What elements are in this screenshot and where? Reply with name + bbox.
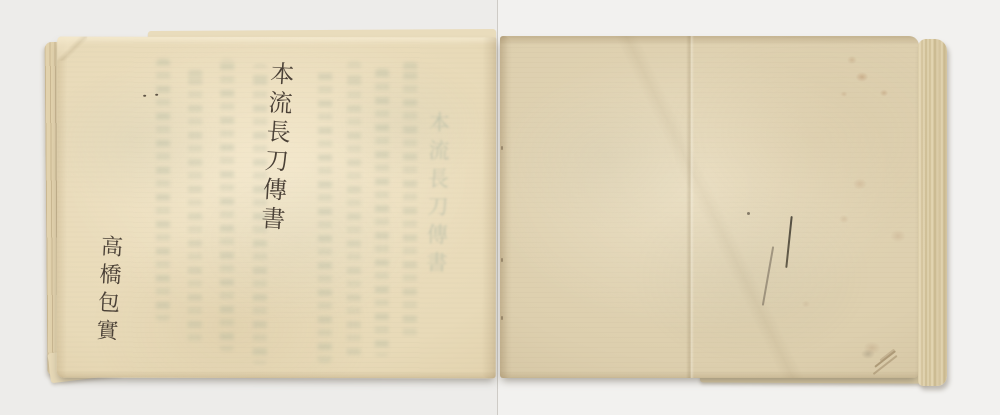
bleedthrough-column [318,67,333,363]
bleedthrough-column [375,68,390,356]
right-page-paper-texture [500,36,919,378]
ink-speck [155,94,158,96]
fold-crease [686,36,694,378]
bleedthrough-column [220,59,235,351]
gutter-shadow [500,36,512,378]
fore-edge-page-stack [918,39,947,386]
bleedthrough-column [188,69,202,347]
bleedthrough-column [156,59,170,321]
ink-speck [143,95,146,97]
left-page: 本流長刀傳書 本流長刀傳書 高橋包實 [57,37,497,379]
corner-fold [57,37,87,61]
photo-backdrop: 本流長刀傳書 本流長刀傳書 高橋包實 [0,0,1000,415]
bleedthrough-column [403,61,417,341]
gutter-shadow [482,37,497,378]
ink-scratch-mark [785,216,792,268]
foxing-stains [500,36,919,378]
ink-scratch-mark [762,246,774,305]
right-page [500,36,919,378]
bleedthrough-column [347,61,362,361]
bleedthrough-title-text: 本流長刀傳書 [423,111,449,279]
ink-speck [747,212,750,215]
signature-calligraphy: 高橋包實 [92,234,122,347]
